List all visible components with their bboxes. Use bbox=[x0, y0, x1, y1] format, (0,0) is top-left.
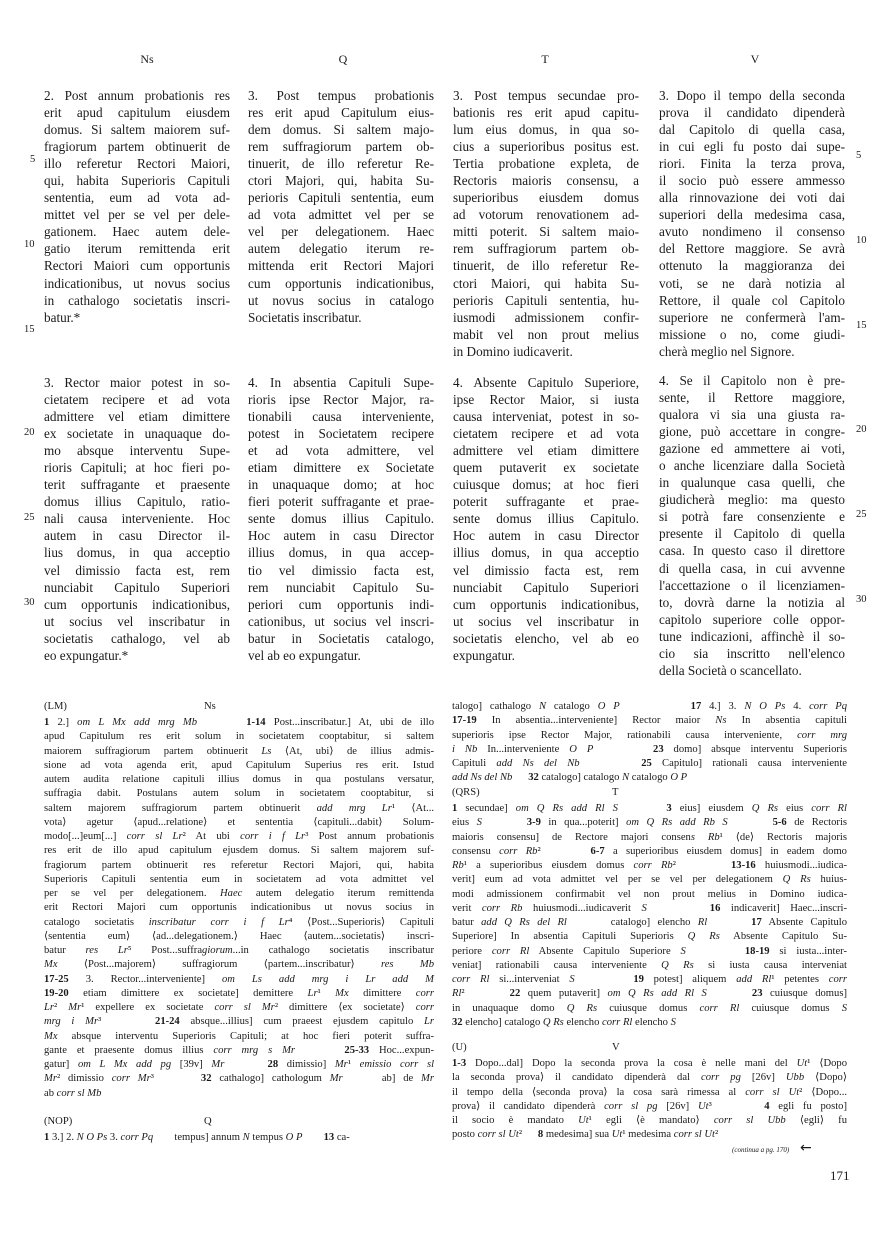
apparatus-line: corr Rl si...interveniat S 19 potest] al… bbox=[452, 973, 847, 987]
apparatus-line: 17-19 In absentia...interveniente] Recto… bbox=[452, 714, 847, 728]
text-line: mittet vel per se vel per dele- bbox=[44, 206, 230, 223]
text-line: eo expungatur.* bbox=[44, 647, 230, 664]
apparatus-v: (U) V 1-3 Dopo...dal] Dopo la seconda pr… bbox=[452, 1041, 847, 1143]
apparatus-line: per se vel per delegationem. Haec autem … bbox=[44, 887, 434, 901]
text-line: cum opportunis indicationibus, bbox=[248, 275, 434, 292]
text-line: dal Capitolo di quella casa, bbox=[659, 121, 845, 138]
apparatus-group: (NOP) bbox=[44, 1115, 204, 1131]
text-line: Rectoris maioris consensu, a bbox=[453, 172, 639, 189]
apparatus-line: autem audita relatione capituli illius d… bbox=[44, 773, 434, 787]
apparatus-notes: 1 3.] 2. N O Ps 3. corr Pq tempus] annum… bbox=[44, 1131, 434, 1145]
text-line: ut socius vel inscribatur in bbox=[453, 613, 639, 630]
apparatus-line: batur res Lr⁵ Post...suffragiorum...in c… bbox=[44, 944, 434, 958]
text-line: terit suffragante et praesente bbox=[44, 476, 230, 493]
text-line: 2. Post annum probationis res bbox=[44, 87, 230, 104]
column-siglum-t: T bbox=[450, 52, 640, 67]
apparatus-line: sione ad vota agenda erit, apud Capitulu… bbox=[44, 759, 434, 773]
text-line: cum opportunis indicationibus, bbox=[44, 596, 230, 613]
apparatus-line: verit corr Rb huiusmodi...iudicaverit S … bbox=[452, 902, 847, 916]
text-line: missione o no, come giudi- bbox=[659, 326, 845, 343]
text-line: ut socius vel inscribatur in bbox=[44, 613, 230, 630]
text-line: ut novus socius in catalogo bbox=[248, 292, 434, 309]
text-line: Rectori Maiori cum opportunis bbox=[44, 257, 230, 274]
apparatus-line: Rl² 22 quem putaverit] om Q Rs add Rl S … bbox=[452, 987, 847, 1001]
apparatus-siglum: Q bbox=[204, 1115, 212, 1131]
text-line: rem nunciabit Capitulo Su- bbox=[248, 579, 434, 596]
apparatus-line: in unaquaque domo Q Rs cuiusque domus co… bbox=[452, 1002, 847, 1016]
text-line: poterit suffragante et prae- bbox=[453, 493, 639, 510]
line-number-right: 20 bbox=[856, 424, 867, 435]
text-line: superiori della medesima casa, bbox=[659, 206, 845, 223]
apparatus-notes: talogo] cathalogo N catalogo O P 17 4.] … bbox=[452, 700, 847, 786]
text-line: giudicherà meglio: ma questo bbox=[659, 491, 845, 508]
column-siglum-q: Q bbox=[248, 52, 438, 67]
apparatus-line: 32 elencho] catalogo Q Rs elencho corr R… bbox=[452, 1016, 847, 1030]
apparatus-line: Mx absque interventu Superioris Capituli… bbox=[44, 1030, 434, 1044]
apparatus-notes: 1-3 Dopo...dal] Dopo la seconda prova la… bbox=[452, 1057, 847, 1143]
apparatus-line: 17-25 3. Rector...interveniente] om Ls a… bbox=[44, 973, 434, 987]
text-line: del Rettore maggiore. Se avrà bbox=[659, 240, 845, 257]
text-line: dem domus. Si saltem majo- bbox=[248, 121, 434, 138]
apparatus-line: la seconda prova⟩ il candidato dipenderà… bbox=[452, 1071, 847, 1085]
text-line: quem putaverit ex societate bbox=[453, 459, 639, 476]
text-line: rem suffragiorum partem ob- bbox=[248, 138, 434, 155]
text-line: riori. Finita la terza prova, bbox=[659, 155, 845, 172]
text-line: qui, habita Superioris Capituli bbox=[44, 172, 230, 189]
apparatus-line: res erit de illo apud capitulum ejusdem … bbox=[44, 844, 434, 858]
text-line: il socio può essere ammesso bbox=[659, 172, 845, 189]
continuation-note: (continua a pg. 170) bbox=[732, 1146, 789, 1154]
apparatus-line: posto corr sl Ut² 8 medesima] sua Ut¹ me… bbox=[452, 1128, 847, 1142]
text-line: in unaquaque domo; at hoc bbox=[248, 476, 434, 493]
apparatus-group: (LM) bbox=[44, 700, 204, 716]
text-line: sententia, eum ad vota ad- bbox=[44, 189, 230, 206]
line-number-left: 5 bbox=[30, 154, 35, 165]
apparatus-q: (NOP) Q 1 3.] 2. N O Ps 3. corr Pq tempu… bbox=[44, 1115, 434, 1145]
text-line: cuiusque domus; at hoc fieri bbox=[453, 476, 639, 493]
text-line: admittere vel etiam dimittere bbox=[453, 442, 639, 459]
apparatus-siglum: Ns bbox=[204, 700, 216, 716]
text-line: qualora vi sia una giusta ra- bbox=[659, 406, 845, 423]
text-line: potest in Societatem recipere bbox=[248, 425, 434, 442]
v-article-4: 4. Se il Capitolo non è pre-sente, il Re… bbox=[659, 372, 845, 679]
text-line: nunciabit Capitulo Superiori bbox=[44, 579, 230, 596]
line-number-right: 30 bbox=[856, 594, 867, 605]
text-line: causa interveniat, potest in so- bbox=[453, 408, 639, 425]
apparatus-group: (QRS) bbox=[452, 786, 612, 802]
text-line: mittenda erit Rectori Majori bbox=[248, 257, 434, 274]
text-line: superioribus eiusdem domus bbox=[453, 189, 639, 206]
text-line: Societatis inscribatur. bbox=[248, 309, 434, 326]
apparatus-line: ⟨sententia eum⟩ ⟨ad...delegationem.⟩ Hae… bbox=[44, 930, 434, 944]
text-line: 4. Se il Capitolo non è pre- bbox=[659, 372, 845, 389]
text-line: tio vel dimissio facta est, bbox=[248, 562, 434, 579]
column-siglum-ns: Ns bbox=[52, 52, 242, 67]
text-line: autem delegatio iterum re- bbox=[248, 240, 434, 257]
text-line: cietatem recipere et ad vota bbox=[453, 425, 639, 442]
apparatus-line: Superiore] In absentia Capituli Superior… bbox=[452, 930, 847, 944]
apparatus-line: gatur] om L Mx add pg [39v] Mr 28 dimiss… bbox=[44, 1058, 434, 1072]
text-line: 4. Absente Capitulo Superiore, bbox=[453, 374, 639, 391]
text-line: cius a superioribus positus est. bbox=[453, 138, 639, 155]
apparatus-line: batur add Q Rs del Rl catalogo] elencho … bbox=[452, 916, 847, 930]
text-line: gatio iterum remittenda erit bbox=[44, 240, 230, 257]
text-line: batur.* bbox=[44, 309, 230, 326]
text-line: perioris Capituli sententia, hu- bbox=[453, 292, 639, 309]
text-line: vel dimissio facta est, rem bbox=[453, 562, 639, 579]
text-line: sente, il Rettore maggiore, bbox=[659, 389, 845, 406]
text-line: della Società o scancellato. bbox=[659, 662, 845, 679]
text-line: Hoc autem in casu Director bbox=[453, 527, 639, 544]
text-line: vel per delegationem. Haec bbox=[248, 223, 434, 240]
text-line: bationis res erit apud capitu- bbox=[453, 104, 639, 121]
apparatus-line: il tempo della ⟨seconda prova⟩ la cosa s… bbox=[452, 1086, 847, 1100]
apparatus-line: erit Rectori Majori cum opportunis indic… bbox=[44, 901, 434, 915]
text-line: Rettore, il quale col Capitolo bbox=[659, 292, 845, 309]
apparatus-line: vota⟩ agetur ⟨apud...relatione⟩ et sente… bbox=[44, 816, 434, 830]
apparatus-line: verit] eum ad vota admittet vel per se v… bbox=[452, 873, 847, 887]
apparatus-heading: (U) V bbox=[452, 1041, 847, 1057]
apparatus-line: mrg i Mr³ 21-24 absque...illius] cum pra… bbox=[44, 1015, 434, 1029]
text-line: perioris Capituli sententia, eum bbox=[248, 189, 434, 206]
apparatus-line: consensu corr Rb² 6-7 a superioribus eiu… bbox=[452, 845, 847, 859]
text-line: nali causa interveniente. Hoc bbox=[44, 510, 230, 527]
text-line: gationem. Haec autem dele- bbox=[44, 223, 230, 240]
text-line: 3. Post tempus probationis bbox=[248, 87, 434, 104]
text-line: batur in Societatis catalogo, bbox=[248, 630, 434, 647]
text-line: rioris ipse Rector Major, ra- bbox=[248, 391, 434, 408]
apparatus-line: Capituli add Ns del Nb 25 Capitulo] rati… bbox=[452, 757, 847, 771]
text-line: mabit vel non prout melius bbox=[453, 326, 639, 343]
text-line: vel dimissio facta est, rem bbox=[44, 562, 230, 579]
q-article-4: 4. In absentia Capituli Supe-rioris ipse… bbox=[248, 374, 434, 664]
text-line: nunciabit Capitulo Superiori bbox=[453, 579, 639, 596]
text-line: fieri poterit suffragante et prae- bbox=[248, 493, 434, 510]
text-line: rem suffragiorum partem ob- bbox=[453, 240, 639, 257]
apparatus-notes: 1 2.] om L Mx add mrg Mb 1-14 Post...ins… bbox=[44, 716, 434, 1101]
apparatus-line: fragiorum partem obtinuerit res referetu… bbox=[44, 859, 434, 873]
apparatus-line: modi admissionem confirmabit vel non pro… bbox=[452, 888, 847, 902]
apparatus-line: add Ns del Nb 32 catalogo] catalogo N ca… bbox=[452, 771, 847, 785]
text-line: erit apud capitulum eiusdem bbox=[44, 104, 230, 121]
text-line: prova il candidato dipenderà bbox=[659, 104, 845, 121]
text-line: cietatem recipere et ad vota bbox=[44, 391, 230, 408]
text-line: illius domus, in qua acceptio bbox=[453, 544, 639, 561]
text-line: voti, se ne darà notizia al bbox=[659, 275, 845, 292]
text-line: expungatur. bbox=[453, 647, 639, 664]
apparatus-line: suffragia dabit. Postulans autem solum i… bbox=[44, 787, 434, 801]
apparatus-heading: (QRS) T bbox=[452, 786, 847, 802]
apparatus-siglum: V bbox=[612, 1041, 620, 1057]
text-line: cationibus, ut socius vel inscri- bbox=[248, 613, 434, 630]
apparatus-line: ab corr sl Mb bbox=[44, 1087, 434, 1101]
line-number-right: 15 bbox=[856, 320, 867, 331]
text-line: in cui egli fu posto dai supe- bbox=[659, 138, 845, 155]
text-line: l'accettazione o il licenziamen- bbox=[659, 577, 845, 594]
line-number-left: 25 bbox=[24, 512, 35, 523]
apparatus-t: (QRS) T 1 secundae] om Q Rs add Rl S 3 e… bbox=[452, 786, 847, 1030]
q-article-3: 3. Post tempus probationisres erit apud … bbox=[248, 87, 434, 326]
ns-article-2: 2. Post annum probationis reserit apud c… bbox=[44, 87, 230, 326]
text-line: mitti poterit. Si saltem maio- bbox=[453, 223, 639, 240]
page-number: 171 bbox=[830, 1168, 850, 1184]
t-article-3: 3. Post tempus secundae pro-bationis res… bbox=[453, 87, 639, 360]
apparatus-line: periore corr Rl Absente Capitulo Superio… bbox=[452, 945, 847, 959]
line-number-left: 10 bbox=[24, 239, 35, 250]
line-number-right: 25 bbox=[856, 509, 867, 520]
apparatus-line: 19-20 etiam dimittere ex societate] demi… bbox=[44, 987, 434, 1001]
apparatus-heading: (NOP) Q bbox=[44, 1115, 434, 1131]
text-line: si potrà fare consenziente e bbox=[659, 508, 845, 525]
text-line: indicationibus, ut novus socius bbox=[44, 275, 230, 292]
line-number-right: 5 bbox=[856, 150, 861, 161]
apparatus-line: 1 2.] om L Mx add mrg Mb 1-14 Post...ins… bbox=[44, 716, 434, 730]
text-line: cum opportunis indicationibus, bbox=[453, 596, 639, 613]
text-line: sente domus illius Capitulo. bbox=[248, 510, 434, 527]
text-line: Tertia probatione expleta, de bbox=[453, 155, 639, 172]
line-number-left: 15 bbox=[24, 324, 35, 335]
text-line: di quella casa, in cui avvenne bbox=[659, 560, 845, 577]
apparatus-line: maiorem suffragiorum partem obtinuerit L… bbox=[44, 745, 434, 759]
book-page: Ns Q T V 2. Post annum probationis reser… bbox=[0, 0, 892, 1233]
text-line: ad votorum renovationem ad- bbox=[453, 206, 639, 223]
apparatus-ns: (LM) Ns 1 2.] om L Mx add mrg Mb 1-14 Po… bbox=[44, 700, 434, 1101]
text-line: lius domus, in qua acceptio bbox=[44, 544, 230, 561]
apparatus-line: Superioris Capituli sententia eum in soc… bbox=[44, 873, 434, 887]
text-line: ex societate in unaquaque do- bbox=[44, 425, 230, 442]
text-line: rioris Capituli; at hoc fieri po- bbox=[44, 459, 230, 476]
text-line: in Domino iudicaverit. bbox=[453, 343, 639, 360]
text-line: domus illius Capitulo, ratio- bbox=[44, 493, 230, 510]
text-line: ottenuto la maggioranza dei bbox=[659, 257, 845, 274]
text-line: o anche licenziare dalla Società bbox=[659, 457, 845, 474]
text-line: avuto nondimeno il consenso bbox=[659, 223, 845, 240]
line-number-left: 30 bbox=[24, 597, 35, 608]
apparatus-line: eius S 3-9 in qua...poterit] om Q Rs add… bbox=[452, 816, 847, 830]
column-siglum-v: V bbox=[660, 52, 850, 67]
apparatus-line: maioris consensu] de Rectore majori cons… bbox=[452, 831, 847, 845]
text-line: cio sia inscritto nell'elenco bbox=[659, 645, 845, 662]
text-line: to, dovrà darne la notizia al bbox=[659, 594, 845, 611]
apparatus-line: catalogo societatis inscribatur corr i f… bbox=[44, 916, 434, 930]
text-line: illo referetur Rectori Maiori, bbox=[44, 155, 230, 172]
apparatus-line: 1 3.] 2. N O Ps 3. corr Pq tempus] annum… bbox=[44, 1131, 434, 1145]
text-line: tinuerit, de illo referetur Re- bbox=[248, 155, 434, 172]
text-line: 4. In absentia Capituli Supe- bbox=[248, 374, 434, 391]
line-number-left: 20 bbox=[24, 427, 35, 438]
text-line: gazione ed ammettere ai voti, bbox=[659, 440, 845, 457]
arrow-left-icon: ← bbox=[800, 1140, 812, 1156]
text-line: Hoc autem in casu Director bbox=[248, 527, 434, 544]
apparatus-line: Mx ⟨Post...majorem⟩ suffragiorum ⟨partem… bbox=[44, 958, 434, 972]
text-line: et ad vota admittere, vel bbox=[248, 442, 434, 459]
text-line: iusmodi admissionem confir- bbox=[453, 309, 639, 326]
text-line: periori cum opportunis indi- bbox=[248, 596, 434, 613]
text-line: domus. Si saltem maiorem suf- bbox=[44, 121, 230, 138]
text-line: etiam dimittere ex Societate bbox=[248, 459, 434, 476]
apparatus-siglum: T bbox=[612, 786, 618, 802]
text-line: res erit apud Capitulum eius- bbox=[248, 104, 434, 121]
apparatus-line: i Nb In...interveniente O P 23 domo] abs… bbox=[452, 743, 847, 757]
text-line: alla rinnovazione dei voti dai bbox=[659, 189, 845, 206]
text-line: ipse Rector Maior, si iusta bbox=[453, 391, 639, 408]
text-line: capitolo superiore colle oppor- bbox=[659, 611, 845, 628]
apparatus-notes: 1 secundae] om Q Rs add Rl S 3 eius] eiu… bbox=[452, 802, 847, 1030]
apparatus-line: apud Capitulum res erit solum in societa… bbox=[44, 730, 434, 744]
text-line: sente domus illius Capitulo. bbox=[453, 510, 639, 527]
text-line: gione, può accettare in congre- bbox=[659, 423, 845, 440]
text-line: 3. Post tempus secundae pro- bbox=[453, 87, 639, 104]
apparatus-line: talogo] cathalogo N catalogo O P 17 4.] … bbox=[452, 700, 847, 714]
text-line: 3. Rector maior potest in so- bbox=[44, 374, 230, 391]
text-line: autem in casu Director il- bbox=[44, 527, 230, 544]
text-line: 3. Dopo il tempo della seconda bbox=[659, 87, 845, 104]
text-line: casa. In questo caso il direttore bbox=[659, 542, 845, 559]
text-line: illius domus, in qua accep- bbox=[248, 544, 434, 561]
apparatus-line: 1-3 Dopo...dal] Dopo la seconda prova la… bbox=[452, 1057, 847, 1071]
apparatus-q-continued: talogo] cathalogo N catalogo O P 17 4.] … bbox=[452, 700, 847, 786]
line-number-right: 10 bbox=[856, 235, 867, 246]
text-line: ctori Maiori, qui habita Su- bbox=[453, 275, 639, 292]
apparatus-line: prova⟩ il candidato dipenderà corr sl pg… bbox=[452, 1100, 847, 1114]
text-line: superiore ne confermerà l'am- bbox=[659, 309, 845, 326]
text-line: mo absque interventu Supe- bbox=[44, 442, 230, 459]
text-line: vel ab eo expungatur. bbox=[248, 647, 434, 664]
text-line: presente il Capitolo di quella bbox=[659, 525, 845, 542]
text-line: admittere vel etiam dimittere bbox=[44, 408, 230, 425]
text-line: tune indicazioni, affinchè il so- bbox=[659, 628, 845, 645]
apparatus-line: il socio è mandato Ut¹ egli ⟨è mandato⟩ … bbox=[452, 1114, 847, 1128]
text-line: tionabili causa interveniente, bbox=[248, 408, 434, 425]
v-article-3: 3. Dopo il tempo della secondaprova il c… bbox=[659, 87, 845, 360]
text-line: ctori Majori, qui, habita Su- bbox=[248, 172, 434, 189]
text-line: fragiorum partem obtinuerit de bbox=[44, 138, 230, 155]
text-line: societatis cathalogo, vel ab bbox=[44, 630, 230, 647]
apparatus-line: saltem majorem suffragiorum partem obtin… bbox=[44, 802, 434, 816]
apparatus-line: modo[...]eum[...] corr sl Lr² At ubi cor… bbox=[44, 830, 434, 844]
apparatus-line: gante et praesente domus illius corr mrg… bbox=[44, 1044, 434, 1058]
apparatus-heading: (LM) Ns bbox=[44, 700, 434, 716]
text-line: in qualunque casa quelli, che bbox=[659, 474, 845, 491]
apparatus-line: Lr² Mr¹ expellere ex societate corr sl M… bbox=[44, 1001, 434, 1015]
t-article-4: 4. Absente Capitulo Superiore,ipse Recto… bbox=[453, 374, 639, 664]
apparatus-line: 1 secundae] om Q Rs add Rl S 3 eius] eiu… bbox=[452, 802, 847, 816]
apparatus-line: Rb¹ a superioribus eiusdem domus corr Rb… bbox=[452, 859, 847, 873]
apparatus-group: (U) bbox=[452, 1041, 612, 1057]
apparatus-line: Mr² dimissio corr Mr³ 32 cathalogo] cath… bbox=[44, 1072, 434, 1086]
apparatus-line: veniat] rationabili causa interveniente … bbox=[452, 959, 847, 973]
text-line: ad vota admittet vel per se bbox=[248, 206, 434, 223]
ns-article-3: 3. Rector maior potest in so-cietatem re… bbox=[44, 374, 230, 664]
text-line: societatis elencho, vel ab eo bbox=[453, 630, 639, 647]
text-line: tinuerit, de illo referetur Re- bbox=[453, 257, 639, 274]
text-line: in cathalogo societatis inscri- bbox=[44, 292, 230, 309]
apparatus-line: superioris ipse Rector Major, rationabil… bbox=[452, 729, 847, 743]
text-line: lum eius domus, in qua so- bbox=[453, 121, 639, 138]
text-line: cherà meglio nel Signore. bbox=[659, 343, 845, 360]
